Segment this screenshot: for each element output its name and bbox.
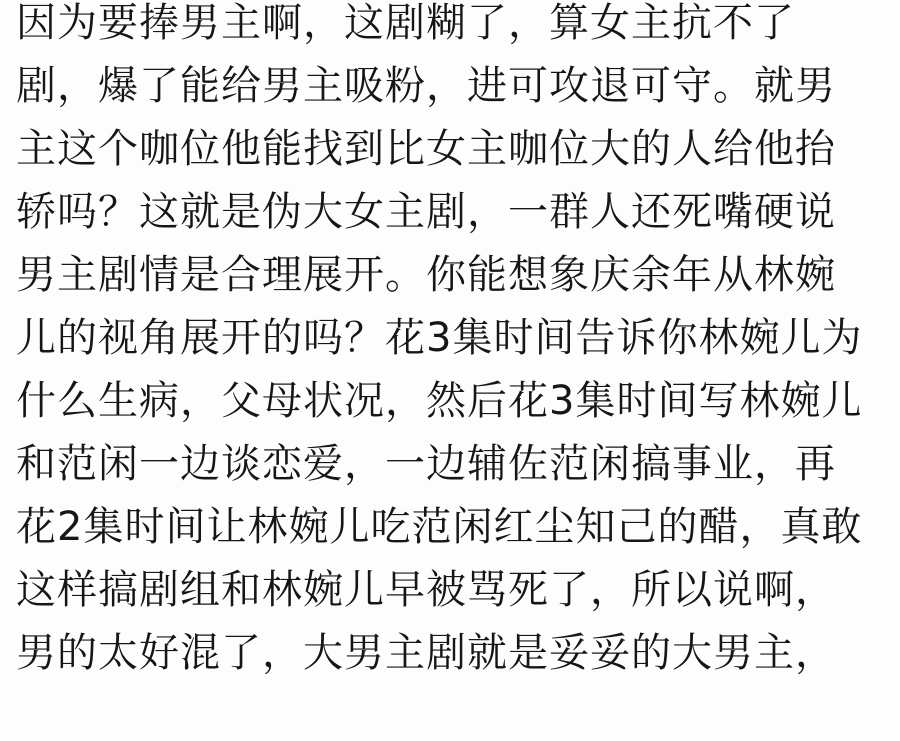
text-line-4: 轿吗？这就是伪大女主剧，一群人还死嘴硬说: [16, 189, 900, 252]
text-line-2: 剧，爆了能给男主吸粉，进可攻退可守。就男: [16, 63, 900, 126]
text-line-8: 和范闲一边谈恋爱，一边辅佐范闲搞事业，再: [16, 441, 900, 504]
text-line-9: 花2集时间让林婉儿吃范闲红尘知己的醋，真敢: [16, 504, 900, 567]
text-line-1: 因为要捧男主啊，这剧糊了，算女主抗不了: [16, 0, 900, 63]
comment-text-block: 因为要捧男主啊，这剧糊了，算女主抗不了 剧，爆了能给男主吸粉，进可攻退可守。就男…: [16, 0, 900, 693]
text-line-6: 儿的视角展开的吗？花3集时间告诉你林婉儿为: [16, 315, 900, 378]
text-line-11: 男的太好混了，大男主剧就是妥妥的大男主，: [16, 630, 900, 693]
text-line-5: 男主剧情是合理展开。你能想象庆余年从林婉: [16, 252, 900, 315]
text-line-10: 这样搞剧组和林婉儿早被骂死了，所以说啊，: [16, 567, 900, 630]
text-line-3: 主这个咖位他能找到比女主咖位大的人给他抬: [16, 126, 900, 189]
text-line-7: 什么生病，父母状况，然后花3集时间写林婉儿: [16, 378, 900, 441]
